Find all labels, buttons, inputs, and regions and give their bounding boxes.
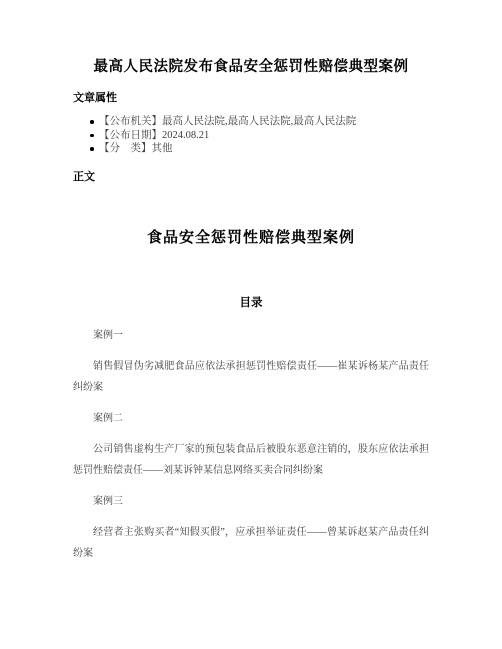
document-inner-title: 食品安全惩罚性赔偿典型案例 xyxy=(73,229,429,247)
meta-item-text: 【公布日期】2024.08.21 xyxy=(99,130,209,141)
meta-item-text: 【公布机关】最高人民法院,最高人民法院,最高人民法院 xyxy=(99,116,356,127)
page-title: 最高人民法院发布食品安全惩罚性赔偿典型案例 xyxy=(73,59,429,76)
case-summary: 经营者主张购买者“知假买假”，应承担举证责任——曾某诉赵某产品责任纠纷案 xyxy=(73,522,429,564)
attributes-heading: 文章属性 xyxy=(73,92,429,105)
case-label: 案例二 xyxy=(73,408,429,429)
toc-heading: 目录 xyxy=(73,297,429,310)
meta-item-text: 【分 类】其他 xyxy=(99,143,173,154)
bullet-icon xyxy=(90,134,94,138)
bullet-icon xyxy=(90,120,94,124)
meta-list: 【公布机关】最高人民法院,最高人民法院,最高人民法院 【公布日期】2024.08… xyxy=(73,115,429,156)
case-label: 案例一 xyxy=(73,325,429,346)
meta-item-category: 【分 类】其他 xyxy=(73,142,429,156)
case-summary: 公司销售虚构生产厂家的预包装食品后被股东恶意注销的，股东应依法承担惩罚性赔偿责任… xyxy=(73,439,429,481)
case-summary: 销售假冒伪劣减肥食品应依法承担惩罚性赔偿责任——崔某诉杨某产品责任纠纷案 xyxy=(73,356,429,398)
bullet-icon xyxy=(90,147,94,151)
document-body: 食品安全惩罚性赔偿典型案例 目录 案例一 销售假冒伪劣减肥食品应依法承担惩罚性赔… xyxy=(73,229,429,564)
meta-item-publish-date: 【公布日期】2024.08.21 xyxy=(73,129,429,143)
body-section-heading: 正文 xyxy=(73,171,429,184)
case-label: 案例三 xyxy=(73,491,429,512)
document-page: 最高人民法院发布食品安全惩罚性赔偿典型案例 文章属性 【公布机关】最高人民法院,… xyxy=(0,0,502,649)
meta-item-publisher: 【公布机关】最高人民法院,最高人民法院,最高人民法院 xyxy=(73,115,429,129)
